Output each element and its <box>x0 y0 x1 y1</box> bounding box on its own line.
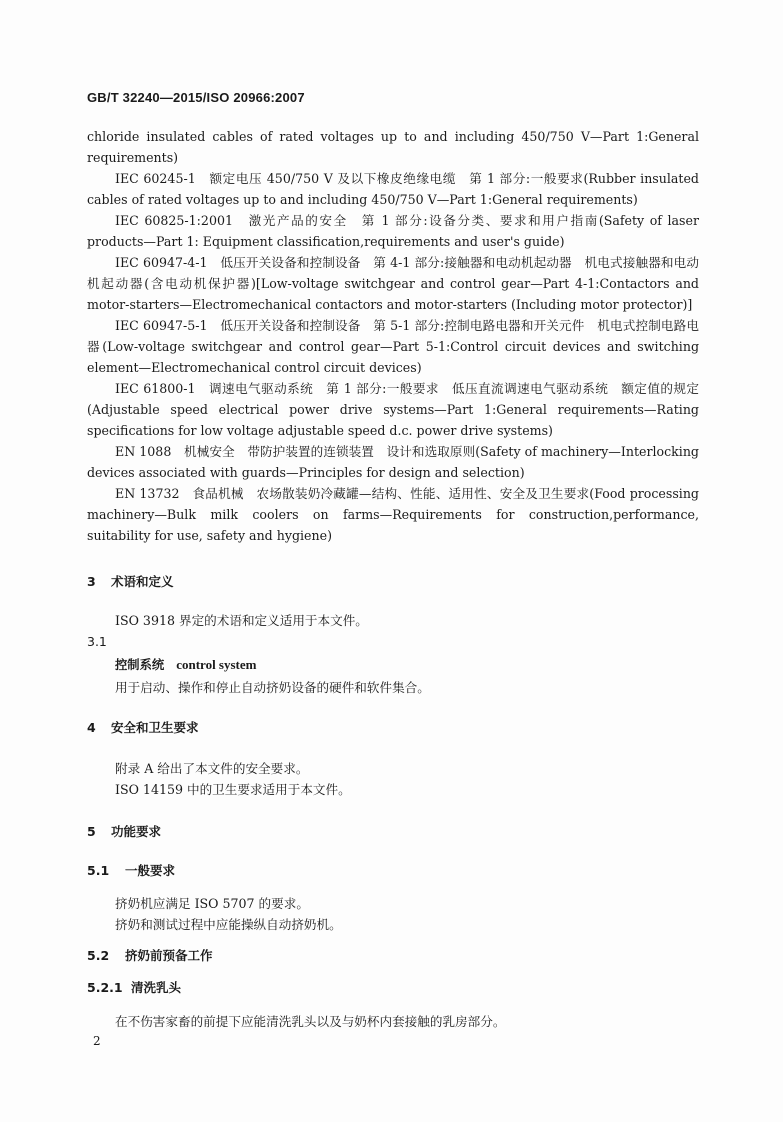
section-4-heading: 4安全和卫生要求 <box>87 718 699 736</box>
section-5-1-heading: 5.1一般要求 <box>87 861 699 879</box>
reference-item: IEC 60947-5-1 低压开关设备和控制设备 第 5-1 部分:控制电路电… <box>87 315 699 378</box>
term-definition: 用于启动、操作和停止自动挤奶设备的硬件和软件集合。 <box>87 677 727 698</box>
section-5-1-paragraph: 挤奶机应满足 ISO 5707 的要求。 <box>87 893 727 914</box>
section-4-paragraph: ISO 14159 中的卫生要求适用于本文件。 <box>87 779 727 800</box>
page-number: 2 <box>93 1034 101 1048</box>
section-3-heading: 3术语和定义 <box>87 572 699 590</box>
section-5-2-heading: 5.2挤奶前预备工作 <box>87 946 699 964</box>
document-page: GB/T 32240—2015/ISO 20966:2007 chloride … <box>0 0 783 1122</box>
section-5-heading: 5功能要求 <box>87 822 699 840</box>
reference-item: IEC 60947-4-1 低压开关设备和控制设备 第 4-1 部分:接触器和电… <box>87 252 699 315</box>
term-zh: 控制系统 <box>115 658 164 672</box>
section-5-2-1-heading: 5.2.1清洗乳头 <box>87 978 699 996</box>
section-3-paragraph: ISO 3918 界定的术语和定义适用于本文件。 <box>87 610 727 631</box>
section-5-1-paragraph: 挤奶和测试过程中应能操纵自动挤奶机。 <box>87 914 727 935</box>
standard-header: GB/T 32240—2015/ISO 20966:2007 <box>87 90 305 105</box>
reference-item: IEC 60825-1:2001 激光产品的安全 第 1 部分:设备分类、要求和… <box>87 210 699 252</box>
term-entry: 控制系统control system <box>87 655 727 673</box>
reference-item: IEC 60245-1 额定电压 450/750 V 及以下橡皮绝缘电缆 第 1… <box>87 168 699 210</box>
section-4-paragraph: 附录 A 给出了本文件的安全要求。 <box>87 758 727 779</box>
term-number: 3.1 <box>87 634 699 649</box>
normative-references-list: chloride insulated cables of rated volta… <box>87 126 699 546</box>
reference-item: IEC 61800-1 调速电气驱动系统 第 1 部分:一般要求 低压直流调速电… <box>87 378 699 441</box>
reference-continuation: chloride insulated cables of rated volta… <box>87 126 699 168</box>
section-5-2-1-paragraph: 在不伤害家畜的前提下应能清洗乳头以及与奶杯内套接触的乳房部分。 <box>87 1011 727 1032</box>
reference-item: EN 1088 机械安全 带防护装置的连锁装置 设计和选取原则(Safety o… <box>87 441 699 483</box>
reference-item: EN 13732 食品机械 农场散装奶冷藏罐—结构、性能、适用性、安全及卫生要求… <box>87 483 699 546</box>
term-en: control system <box>176 657 256 672</box>
